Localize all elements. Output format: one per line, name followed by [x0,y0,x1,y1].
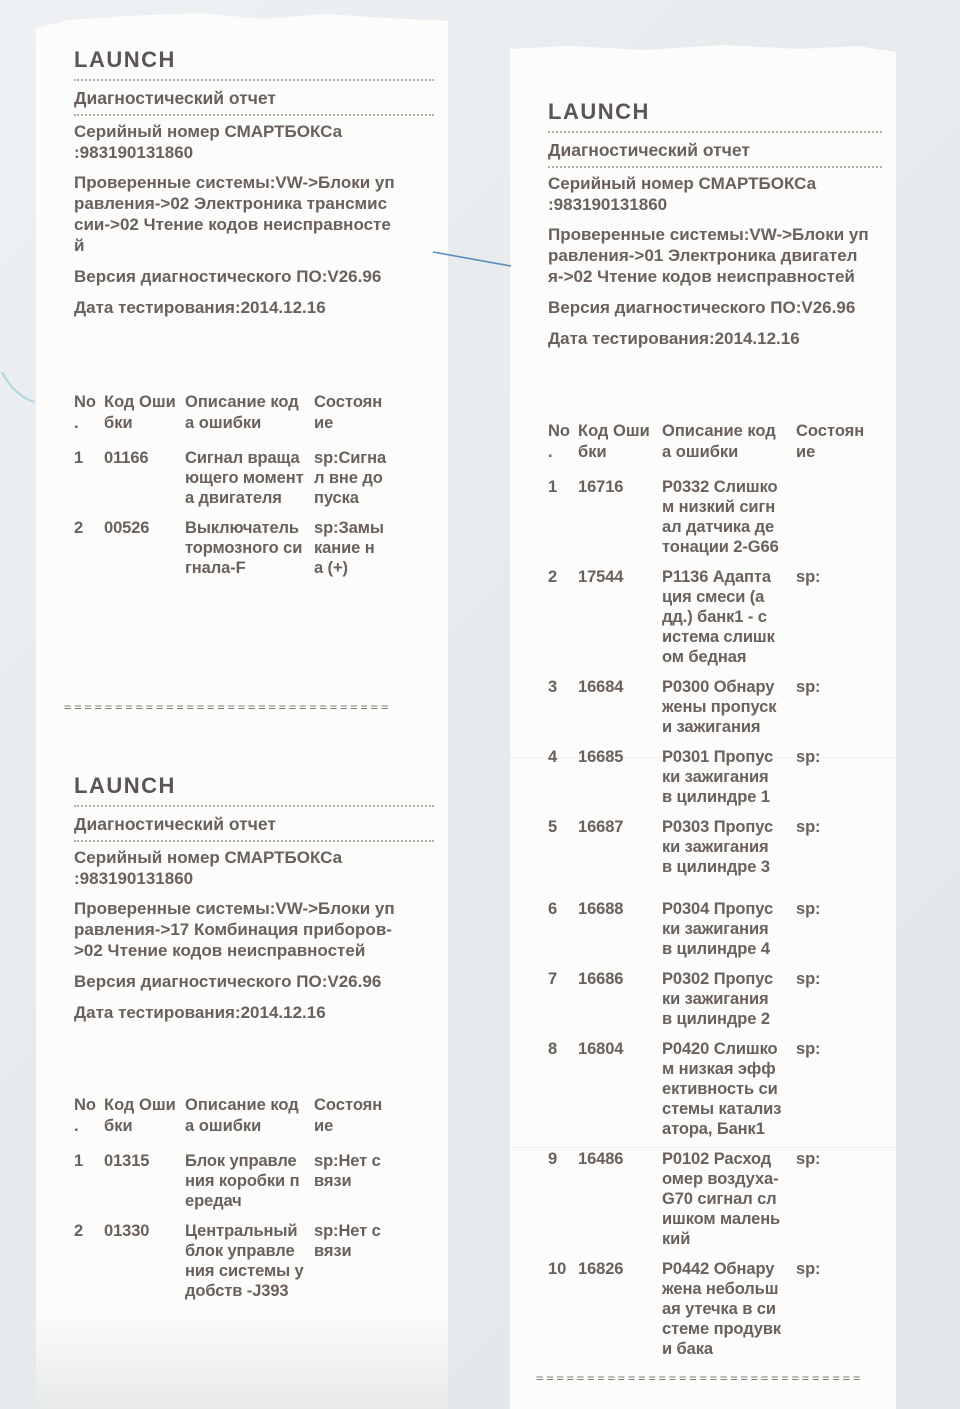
table-row: 1 01315 Блок управле ния коробки п ереда… [74,1151,434,1211]
checked-systems: Проверенные системы:VW->Блоки уп равлени… [74,172,434,256]
cell-status: sp: [796,1149,882,1249]
table-row: 4 16685 P0301 Пропус ки зажигания в цили… [548,747,882,807]
cell-status: sp:Сигна л вне до пуска [314,448,434,508]
cell-status: sp:Нет с вязи [314,1221,434,1301]
table-row: 6 16688 P0304 Пропус ки зажигания в цили… [548,899,882,959]
cell-description: P0303 Пропус ки зажигания в цилиндре 3 [662,817,796,877]
checked-systems: Проверенные системы:VW->Блоки уп равлени… [74,898,434,961]
header-description: Описание код а ошибки [662,421,796,463]
receipt-transmission: LAUNCH Диагностический отчет Серийный но… [74,48,434,714]
cell-status: sp: [796,1259,882,1359]
dotted-divider [74,840,434,842]
cell-no: 8 [548,1039,578,1139]
cell-status: sp: [796,747,882,807]
serial-number: Серийный номер СМАРТБОКСа :983190131860 [74,847,434,889]
cell-code: 16685 [578,747,662,807]
cell-status: sp: [796,899,882,959]
cell-description: P0420 Слишко м низкая эфф ективность си … [662,1039,796,1139]
cell-no: 1 [74,448,104,508]
table-row: 10 16826 P0442 Обнару жена небольш ая ут… [548,1259,882,1359]
table-row: 2 00526 Выключатель тормозного си гнала-… [74,518,434,578]
cell-status: sp: [796,677,882,737]
software-version: Версия диагностического ПО:V26.96 [548,297,882,318]
cell-status: sp: [796,969,882,1029]
header-status: Состоян ие [314,392,434,434]
cell-code: 16804 [578,1039,662,1139]
cell-no: 4 [548,747,578,807]
report-title: Диагностический отчет [74,88,434,109]
cell-no: 3 [548,677,578,737]
teal-pen-mark [2,372,34,402]
header-description: Описание код а ошибки [185,392,314,434]
cell-code: 16688 [578,899,662,959]
scanned-page: LAUNCH Диагностический отчет Серийный но… [0,0,960,1409]
cell-no: 5 [548,817,578,877]
fault-code-table: No . Код Оши бки Описание код а ошибки С… [74,1095,434,1301]
cell-code: 16686 [578,969,662,1029]
table-row: 8 16804 P0420 Слишко м низкая эфф ективн… [548,1039,882,1139]
cell-no: 7 [548,969,578,1029]
cell-no: 2 [74,518,104,578]
cell-status: sp: [796,567,882,667]
table-row: 1 16716 P0332 Слишко м низкий сигн ал да… [548,477,882,557]
receipt-engine: LAUNCH Диагностический отчет Серийный но… [548,100,882,1385]
receipt-instrument-cluster: LAUNCH Диагностический отчет Серийный но… [74,774,434,1301]
table-row: 1 01166 Сигнал враща ющего момент а двиг… [74,448,434,508]
header-status: Состоян ие [796,421,882,463]
cell-status [796,477,882,557]
table-header-row: No . Код Оши бки Описание код а ошибки С… [74,1095,434,1137]
dotted-divider [74,79,434,81]
cell-description: Сигнал враща ющего момент а двигателя [185,448,314,508]
cell-description: P0300 Обнару жены пропуск и зажигания [662,677,796,737]
dotted-divider [74,114,434,116]
fault-code-table: No . Код Оши бки Описание код а ошибки С… [548,421,882,1359]
report-title: Диагностический отчет [74,814,434,835]
dotted-divider [548,131,882,133]
cell-no: 2 [548,567,578,667]
cell-description: P0332 Слишко м низкий сигн ал датчика де… [662,477,796,557]
cell-description: P0301 Пропус ки зажигания в цилиндре 1 [662,747,796,807]
equals-separator: ================================ [536,1371,882,1385]
header-status: Состоян ие [314,1095,434,1137]
report-title: Диагностический отчет [548,140,882,161]
cell-code: 01315 [104,1151,185,1211]
cell-code: 16687 [578,817,662,877]
header-description: Описание код а ошибки [185,1095,314,1137]
cell-description: Выключатель тормозного си гнала-F [185,518,314,578]
cell-no: 1 [548,477,578,557]
launch-logo: LAUNCH [74,774,434,798]
cell-no: 9 [548,1149,578,1249]
cell-description: P1136 Адапта ция смеси (а дд.) банк1 - с… [662,567,796,667]
cell-status: sp:Замы кание н а (+) [314,518,434,578]
checked-systems: Проверенные системы:VW->Блоки уп равлени… [548,224,882,287]
table-row: 3 16684 P0300 Обнару жены пропуск и зажи… [548,677,882,737]
cell-status: sp: [796,1039,882,1139]
header-code: Код Оши бки [578,421,662,463]
cell-code: 16684 [578,677,662,737]
table-row: 9 16486 P0102 Расход омер воздуха- G70 с… [548,1149,882,1249]
cell-code: 16486 [578,1149,662,1249]
dotted-divider [548,166,882,168]
cell-status: sp: [796,817,882,877]
equals-separator: ================================ [64,700,434,714]
cell-no: 1 [74,1151,104,1211]
header-no: No . [548,421,578,463]
software-version: Версия диагностического ПО:V26.96 [74,971,434,992]
receipt-paper-left: LAUNCH Диагностический отчет Серийный но… [36,10,448,1409]
dotted-divider [74,805,434,807]
header-no: No . [74,392,104,434]
serial-number: Серийный номер СМАРТБОКСа :983190131860 [74,121,434,163]
table-row: 7 16686 P0302 Пропус ки зажигания в цили… [548,969,882,1029]
cell-code: 01330 [104,1221,185,1301]
cell-no: 6 [548,899,578,959]
cell-code: 00526 [104,518,185,578]
cell-description: Блок управле ния коробки п ередач [185,1151,314,1211]
cell-description: P0102 Расход омер воздуха- G70 сигнал сл… [662,1149,796,1249]
test-date: Дата тестирования:2014.12.16 [74,297,434,318]
table-header-row: No . Код Оши бки Описание код а ошибки С… [548,421,882,463]
table-row: 2 01330 Центральный блок управле ния сис… [74,1221,434,1301]
cell-description: P0304 Пропус ки зажигания в цилиндре 4 [662,899,796,959]
software-version: Версия диагностического ПО:V26.96 [74,266,434,287]
cell-no: 10 [548,1259,578,1359]
cell-no: 2 [74,1221,104,1301]
header-code: Код Оши бки [104,1095,185,1137]
table-row: 5 16687 P0303 Пропус ки зажигания в цили… [548,817,882,877]
test-date: Дата тестирования:2014.12.16 [548,328,882,349]
table-header-row: No . Код Оши бки Описание код а ошибки С… [74,392,434,434]
serial-number: Серийный номер СМАРТБОКСа :983190131860 [548,173,882,215]
test-date: Дата тестирования:2014.12.16 [74,1002,434,1023]
cell-code: 16826 [578,1259,662,1359]
receipt-paper-right: LAUNCH Диагностический отчет Серийный но… [510,43,896,1409]
cell-status: sp:Нет с вязи [314,1151,434,1211]
cell-description: P0442 Обнару жена небольш ая утечка в си… [662,1259,796,1359]
cell-description: Центральный блок управле ния системы у д… [185,1221,314,1301]
cell-code: 17544 [578,567,662,667]
header-code: Код Оши бки [104,392,185,434]
table-row: 2 17544 P1136 Адапта ция смеси (а дд.) б… [548,567,882,667]
header-no: No . [74,1095,104,1137]
fault-code-table: No . Код Оши бки Описание код а ошибки С… [74,392,434,578]
cell-description: P0302 Пропус ки зажигания в цилиндре 2 [662,969,796,1029]
launch-logo: LAUNCH [548,100,882,124]
cell-code: 16716 [578,477,662,557]
cell-code: 01166 [104,448,185,508]
launch-logo: LAUNCH [74,48,434,72]
